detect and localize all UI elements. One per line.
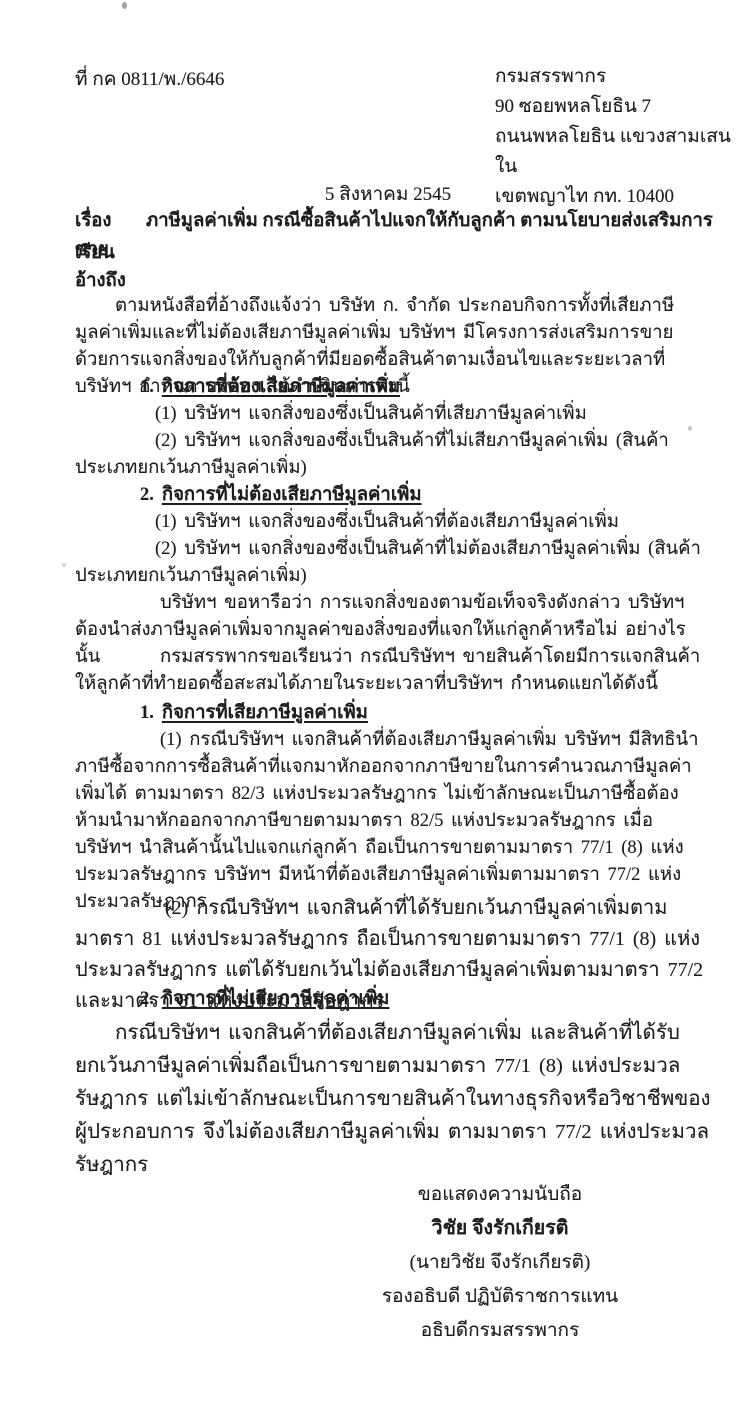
- subject-row: เรื่อง ภาษีมูลค่าเพิ่ม กรณีซื้อสินค้าไปแ…: [75, 206, 735, 264]
- intro-paragraph: ตามหนังสือที่อ้างถึงแจ้งว่า บริษัท ก. จำ…: [75, 293, 707, 374]
- signer-organization: อธิบดีกรมสรรพากร: [280, 1314, 720, 1348]
- letter-date: 5 สิงหาคม 2545: [0, 179, 746, 209]
- signer-position: รองอธิบดี ปฏิบัติราชการแทน: [280, 1280, 720, 1314]
- inquiry-paragraph: บริษัทฯ ขอหารือว่า การแจกสิ่งของตามข้อเท…: [75, 590, 707, 644]
- scan-artifact: [62, 563, 66, 567]
- section2-item-2: (2) บริษัทฯ แจกสิ่งของซึ่งเป็นสินค้าที่ไ…: [75, 536, 707, 590]
- section2-item-1: (1) บริษัทฯ แจกสิ่งของซึ่งเป็นสินค้าที่ต…: [75, 509, 707, 536]
- ruling1-number: 1.: [140, 703, 154, 723]
- to-label: เรียน: [75, 238, 115, 267]
- sender-name: กรมสรรพากร: [495, 62, 746, 92]
- sender-address-2: ถนนพหลโยธิน แขวงสามเสนใน: [495, 122, 746, 182]
- ruling2-title: กิจการที่ไม่เสียภาษีมูลค่าเพิ่ม: [162, 989, 390, 1009]
- section1-item-1: (1) บริษัทฯ แจกสิ่งของซึ่งเป็นสินค้าที่เ…: [75, 401, 707, 428]
- ruling2-number: 2.: [140, 989, 154, 1009]
- ruling1-paragraph-2: (2) กรณีบริษัทฯ แจกสินค้าที่ได้รับยกเว้น…: [75, 893, 707, 986]
- closing-salutation: ขอแสดงความนับถือ: [280, 1178, 720, 1212]
- reference-label: อ้างถึง: [75, 266, 126, 295]
- section1-number: 1.: [140, 377, 154, 397]
- section1-item-2: (2) บริษัทฯ แจกสิ่งของซึ่งเป็นสินค้าที่ไ…: [75, 428, 707, 482]
- section2-number: 2.: [140, 485, 154, 505]
- letter-page: ที่ กค 0811/พ./6646 กรมสรรพากร 90 ซอยพหล…: [0, 0, 746, 1417]
- ruling1-paragraph-1: (1) กรณีบริษัทฯ แจกสินค้าที่ต้องเสียภาษี…: [75, 727, 707, 889]
- sender-address-1: 90 ซอยพหลโยธิน 7: [495, 92, 746, 122]
- subject-text: ภาษีมูลค่าเพิ่ม กรณีซื้อสินค้าไปแจกให้กั…: [75, 211, 713, 260]
- signer-name-full: (นายวิชัย จึงรักเกียรติ): [280, 1246, 720, 1280]
- scan-artifact: [122, 2, 127, 9]
- closing-block: ขอแสดงความนับถือ วิชัย จึงรักเกียรติ (นา…: [280, 1178, 720, 1348]
- letter-body: ตามหนังสือที่อ้างถึงแจ้งว่า บริษัท ก. จำ…: [75, 293, 707, 1149]
- section1-heading: 1.กิจการที่ต้องเสียภาษีมูลค่าเพิ่ม: [75, 374, 707, 401]
- section1-title: กิจการที่ต้องเสียภาษีมูลค่าเพิ่ม: [162, 377, 400, 397]
- ruling1-title: กิจการที่เสียภาษีมูลค่าเพิ่ม: [162, 703, 368, 723]
- ref-number: ที่ กค 0811/พ./6646: [75, 64, 224, 94]
- ruling2-paragraph: กรณีบริษัทฯ แจกสินค้าที่ต้องเสียภาษีมูลค…: [75, 1017, 720, 1149]
- ruling1-heading: 1.กิจการที่เสียภาษีมูลค่าเพิ่ม: [75, 700, 707, 727]
- ruling2-heading: 2.กิจการที่ไม่เสียภาษีมูลค่าเพิ่ม: [75, 986, 707, 1013]
- section2-heading: 2.กิจการที่ไม่ต้องเสียภาษีมูลค่าเพิ่ม: [75, 482, 707, 509]
- section2-title: กิจการที่ไม่ต้องเสียภาษีมูลค่าเพิ่ม: [162, 485, 422, 505]
- subject-label: เรื่อง: [75, 211, 111, 231]
- signer-name: วิชัย จึงรักเกียรติ: [280, 1212, 720, 1246]
- reply-paragraph: กรมสรรพากรขอเรียนว่า กรณีบริษัทฯ ขายสินค…: [75, 644, 707, 698]
